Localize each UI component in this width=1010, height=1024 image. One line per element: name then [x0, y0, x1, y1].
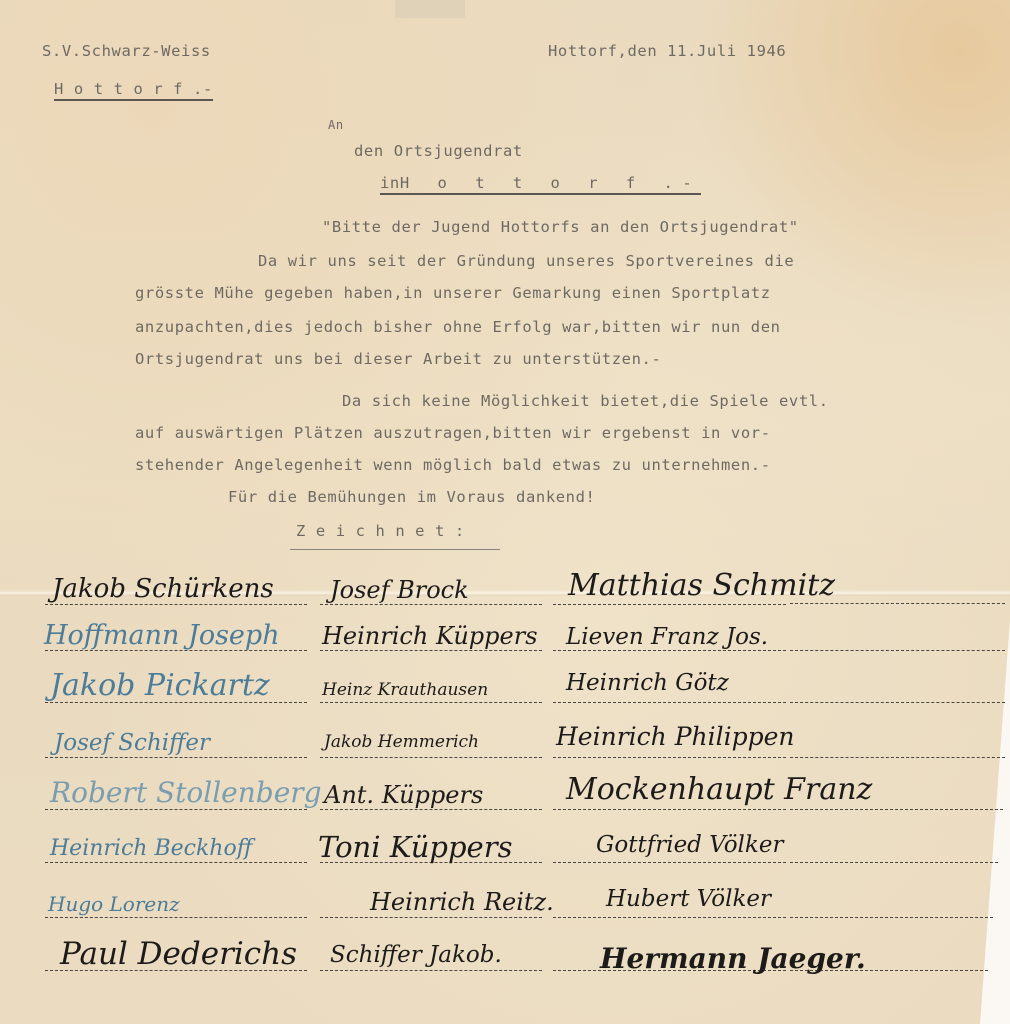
- place-date: Hottorf,den 11.Juli 1946: [548, 42, 786, 60]
- signed-label: Z e i c h n e t :: [296, 522, 465, 540]
- rule: [790, 862, 998, 863]
- body-p1-line1: Da wir uns seit der Gründung unseres Spo…: [258, 252, 794, 270]
- rule: [320, 702, 542, 703]
- signature: Jakob Hemmerich: [324, 732, 479, 752]
- body-p2-line2: auf auswärtigen Plätzen auszutragen,bitt…: [135, 424, 771, 442]
- rule: [553, 702, 786, 703]
- rule: [45, 862, 307, 863]
- rule: [790, 809, 1003, 810]
- club-name: S.V.Schwarz-Weiss: [42, 42, 211, 60]
- signature: Heinrich Reitz.: [370, 888, 554, 916]
- body-p2-line1: Da sich keine Möglichkeit bietet,die Spi…: [342, 392, 829, 410]
- rule: [553, 604, 786, 605]
- rule: [553, 809, 786, 810]
- signature: Jakob Pickartz: [50, 668, 270, 703]
- rule: [320, 970, 542, 971]
- rule: [320, 650, 542, 651]
- rule: [790, 702, 1005, 703]
- club-town-text: H o t t o r f .-: [54, 80, 213, 101]
- signature: Josef Brock: [330, 576, 469, 604]
- signature: Heinrich Götz: [566, 670, 729, 696]
- rule: [553, 757, 786, 758]
- signature: Heinrich Küppers: [322, 622, 538, 650]
- club-town: H o t t o r f .-: [54, 80, 213, 98]
- rule: [790, 603, 1005, 604]
- rule: [553, 650, 786, 651]
- signature: Toni Küppers: [318, 830, 512, 864]
- body-p1-line3: anzupachten,dies jedoch bisher ohne Erfo…: [135, 318, 781, 336]
- tape-strip: [395, 0, 465, 18]
- subject-line: "Bitte der Jugend Hottorfs an den Ortsju…: [322, 218, 799, 236]
- recipient-town: inH o t t o r f .-: [380, 174, 701, 195]
- rule: [553, 917, 786, 918]
- rule: [45, 757, 307, 758]
- rule: [553, 862, 786, 863]
- rule: [790, 757, 1005, 758]
- signature: Schiffer Jakob.: [330, 942, 502, 968]
- rule: [320, 809, 542, 810]
- rule: [320, 917, 542, 918]
- rule: [45, 809, 307, 810]
- signature: Robert Stollenberg: [50, 776, 322, 809]
- signature: Hugo Lorenz: [48, 892, 180, 916]
- body-p1-line4: Ortsjugendrat uns bei dieser Arbeit zu u…: [135, 350, 661, 368]
- signature: Heinrich Philippen: [556, 722, 795, 751]
- signature: Paul Dederichs: [60, 936, 297, 972]
- recipient-in: in: [380, 174, 400, 192]
- rule: [45, 917, 307, 918]
- rule: [45, 604, 307, 605]
- signature: Ant. Küppers: [324, 781, 483, 809]
- signature: Heinrich Beckhoff: [50, 836, 252, 861]
- signature: Jakob Schürkens: [52, 574, 274, 604]
- body-p1-line2: grösste Mühe gegeben haben,in unserer Ge…: [135, 284, 771, 302]
- closing-line: Für die Bemühungen im Voraus dankend!: [228, 488, 595, 506]
- body-p2-line3: stehender Angelegenheit wenn möglich bal…: [135, 456, 771, 474]
- rule: [320, 604, 542, 605]
- recipient-an: An: [328, 118, 344, 132]
- rule: [320, 757, 542, 758]
- signature: Lieven Franz Jos.: [566, 624, 768, 650]
- signature: Josef Schiffer: [54, 730, 210, 756]
- signature: Mockenhaupt Franz: [566, 772, 872, 807]
- signature: Hermann Jaeger.: [600, 942, 866, 975]
- signature: Matthias Schmitz: [568, 568, 835, 603]
- rule: [790, 917, 993, 918]
- signature: Hoffmann Joseph: [44, 620, 280, 651]
- signature: Hubert Völker: [606, 886, 771, 912]
- recipient-line2: inH o t t o r f .-: [380, 174, 701, 192]
- recipient-town-text: H o t t o r f .-: [400, 174, 701, 192]
- signature: Gottfried Völker: [596, 832, 783, 858]
- rule: [790, 650, 1005, 651]
- signed-separator: [290, 549, 500, 550]
- recipient-line1: den Ortsjugendrat: [354, 142, 523, 160]
- signature: Heinz Krauthausen: [322, 680, 488, 700]
